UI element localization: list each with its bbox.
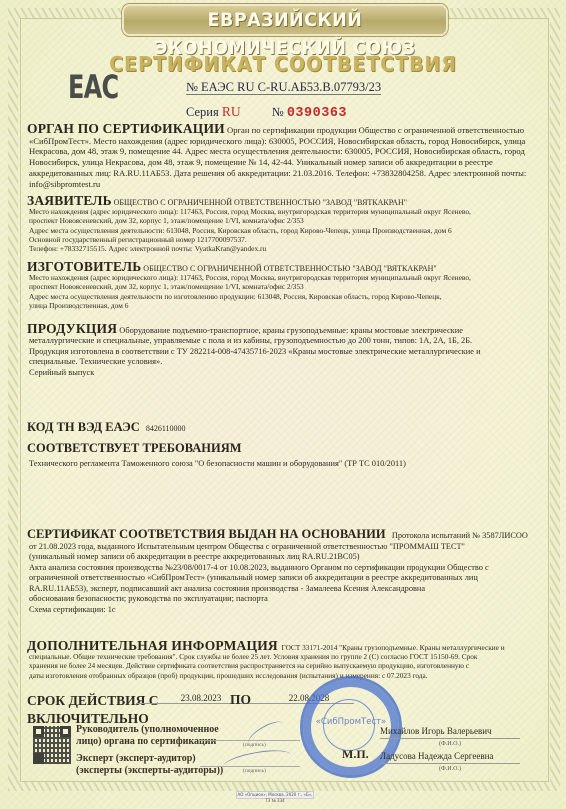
additional-info-line: даты изготовления отобранных образцов (п…	[27, 671, 532, 680]
expert-fio-caption: (Ф.И.О.)	[380, 764, 520, 774]
head-label: лицо) органа по сертификации	[76, 736, 223, 748]
basis-line: ограниченной ответственностью «СибПромТе…	[27, 573, 532, 584]
manufacturer-heading: ИЗГОТОВИТЕЛЬ	[27, 259, 141, 274]
basis-line: Акта анализа состояния производства №23/…	[27, 563, 532, 574]
head-name: Михайлов Игорь Валерьевич	[380, 724, 520, 739]
union-title-banner: ЕВРАЗИЙСКИЙ ЭКОНОМИЧЕСКИЙ СОЮЗ	[122, 4, 448, 36]
series-row: Серия RU № 0390363	[186, 104, 347, 121]
product-line: Серийный выпуск	[27, 368, 532, 378]
basis-line: обоснования безопасности; руководства по…	[27, 594, 532, 605]
manufacturer-line: улица Производственная, дом 6	[27, 301, 532, 310]
manufacturer-line: Место нахождения (адрес юридического лиц…	[27, 273, 532, 282]
expert-name: Ладусова Надежда Сергеевна	[380, 749, 520, 764]
tn-ved-code: 8426110000	[146, 424, 186, 433]
additional-info-section: ДОПОЛНИТЕЛЬНАЯ ИНФОРМАЦИЯ ГОСТ 33171-201…	[27, 641, 532, 680]
certification-body-text: «СибПромТест». Место нахождения (адрес ю…	[27, 136, 532, 190]
validity-to-label: ПО	[230, 692, 251, 708]
basis-line: (уникальный номер записи об аккредитации…	[27, 552, 532, 563]
applicant-name: ОБЩЕСТВО С ОГРАНИЧЕННОЙ ОТВЕТСТВЕННОСТЬЮ…	[114, 198, 407, 207]
certificate-sheet: ЕВРАЗИЙСКИЙ ЭКОНОМИЧЕСКИЙ СОЮЗ СЕРТИФИКА…	[0, 0, 566, 809]
applicant-line: Основной государственный регистрационный…	[27, 235, 532, 244]
product-line: Продукция изготовлена в соответствии с Т…	[27, 347, 532, 357]
applicant-line: проспект Новоясеневский, дом 32, корпус …	[27, 216, 532, 225]
signatory-labels: Руководитель (уполномоченное лицо) орган…	[76, 724, 223, 776]
blank-number-label: №	[272, 105, 284, 119]
footer-print-line: АО «Опцион», Москва, 2020 г., «Б», ТЗ № …	[236, 791, 314, 799]
basis-line: RA.RU.11АБ53), эксперт, подписавший акт …	[27, 584, 532, 595]
basis-first-line: Протокола испытаний № 3587ЛИСОО	[392, 531, 528, 540]
stamp-caption: М.П.	[342, 747, 369, 762]
head-label: Руководитель (уполномоченное	[76, 724, 223, 736]
tn-ved-heading: КОД ТН ВЭД ЕАЭС	[27, 420, 140, 434]
manufacturer-line: проспект Новоясеневский, дом 32, корпус …	[27, 282, 532, 291]
additional-info-heading: ДОПОЛНИТЕЛЬНАЯ ИНФОРМАЦИЯ	[27, 638, 278, 653]
product-section: ПРОДУКЦИЯ Оборудование подъемно-транспор…	[27, 324, 532, 378]
basis-heading: СЕРТИФИКАТ СООТВЕТСТВИЯ ВЫДАН НА ОСНОВАН…	[27, 527, 386, 541]
additional-info-line: хранения не более 24 месяцев. Действие с…	[27, 661, 532, 670]
manufacturer-name: ОБЩЕСТВО С ОГРАНИЧЕННОЙ ОТВЕТСТВЕННОСТЬЮ…	[143, 264, 436, 273]
certification-body-section: ОРГАН ПО СЕРТИФИКАЦИИ Орган по сертифика…	[27, 124, 532, 189]
applicant-line: Адрес места осуществления деятельности: …	[27, 226, 532, 235]
head-fio-caption: (Ф.И.О.)	[380, 739, 520, 749]
product-first-line: Оборудование подъемно-транспортное, кран…	[119, 326, 463, 335]
basis-line: Схема сертификации: 1с	[27, 605, 532, 616]
applicant-line: Телефон: +78332715515. Адрес электронной…	[27, 244, 532, 253]
applicant-line: Место нахождения (адрес юридического лиц…	[27, 207, 532, 216]
requirements-heading: СООТВЕТСТВУЕТ ТРЕБОВАНИЯМ	[27, 441, 532, 456]
additional-info-first-line: ГОСТ 33171-2014 "Краны грузоподъемные. К…	[282, 643, 505, 652]
basis-section: СЕРТИФИКАТ СООТВЕТСТВИЯ ВЫДАН НА ОСНОВАН…	[27, 529, 532, 615]
signatory-names: Михайлов Игорь Валерьевич (Ф.И.О.) Ладус…	[380, 724, 520, 774]
certificate-number: № ЕАЭС RU C-RU.АБ53.В.07793/23	[186, 80, 381, 95]
expert-label: Эксперт (эксперт-аудитор)	[76, 753, 223, 765]
applicant-section: ЗАЯВИТЕЛЬ ОБЩЕСТВО С ОГРАНИЧЕННОЙ ОТВЕТС…	[27, 196, 532, 253]
blank-number: 0390363	[287, 106, 347, 121]
additional-info-line: специальные. Общие технические требовани…	[27, 652, 532, 661]
requirements-section: СООТВЕТСТВУЕТ ТРЕБОВАНИЯМ Технического р…	[27, 441, 532, 468]
product-line: металлургические и специальные, управляе…	[27, 336, 532, 346]
applicant-heading: ЗАЯВИТЕЛЬ	[27, 193, 112, 208]
requirements-text: Технического регламента Таможенного союз…	[27, 459, 532, 468]
manufacturer-line: Адрес места осуществления деятельности п…	[27, 292, 532, 301]
certification-body-heading: ОРГАН ПО СЕРТИФИКАЦИИ	[27, 121, 225, 136]
product-line: специальные. Технические условия».	[27, 357, 532, 367]
tn-ved-section: КОД ТН ВЭД ЕАЭС 8426110000	[27, 420, 532, 435]
certification-body-first-line: Орган по сертификации продукции Общество…	[227, 125, 524, 135]
series-value: RU	[222, 104, 241, 119]
basis-line: от 21.08.2023 года, выданного Испытатель…	[27, 542, 532, 553]
qr-code-icon	[33, 726, 71, 764]
series-label: Серия	[186, 105, 219, 119]
product-heading: ПРОДУКЦИЯ	[27, 321, 117, 336]
eac-logo-icon: EAC	[68, 68, 118, 106]
manufacturer-section: ИЗГОТОВИТЕЛЬ ОБЩЕСТВО С ОГРАНИЧЕННОЙ ОТВ…	[27, 262, 532, 310]
